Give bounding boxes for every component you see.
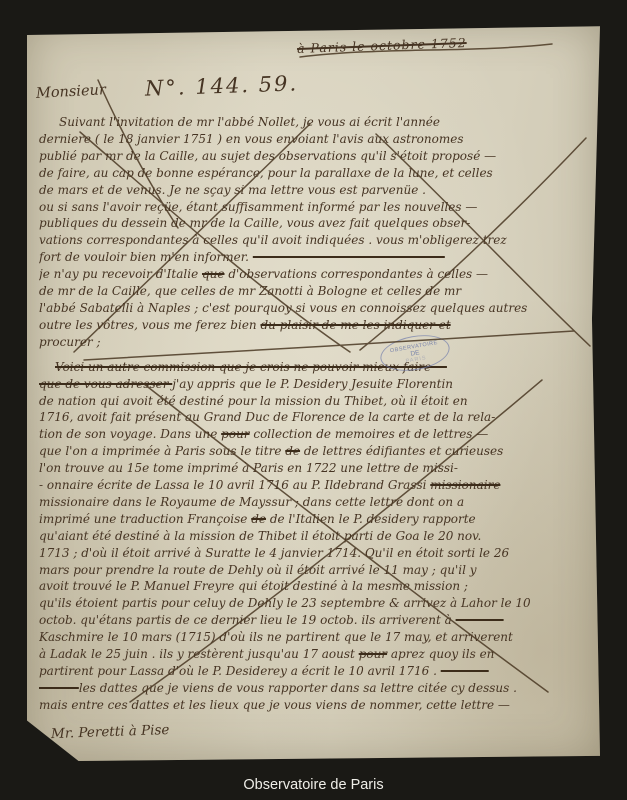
addressee-note: Mr. Peretti à Pise [51, 722, 170, 742]
line-text: vations correspondantes à celles qu'il a… [39, 233, 507, 247]
manuscript-line: qu'ils étoient partis pour celuy de Dehl… [39, 595, 590, 612]
manuscript-line: - onnaire écrite de Lassa le 10 avril 17… [39, 477, 590, 494]
struck-text: ——— [39, 681, 79, 695]
manuscript-line: mais entre ces dattes et les lieux que j… [39, 697, 590, 714]
manuscript-line: missionaire dans le Royaume de Mayssur ;… [39, 494, 590, 511]
line-text: - onnaire écrite de Lassa le 10 avril 17… [39, 478, 430, 492]
line-text: que l'on a imprimée à Paris sous le titr… [39, 444, 285, 458]
manuscript-line: Suivant l'invitation de mr l'abbé Nollet… [39, 114, 590, 131]
struck-text: ———— [441, 664, 489, 678]
line-text: Suivant l'invitation de mr l'abbé Nollet… [59, 115, 440, 129]
manuscript-line: 1716, avoit fait présent au Grand Duc de… [39, 409, 590, 426]
manuscript-line: mars pour prendre la route de Dehly où i… [39, 562, 590, 579]
line-text: Kaschmire le 10 mars (1715) d'où ils ne … [39, 630, 513, 644]
manuscript-line: de nation qui avoit été destiné pour la … [39, 393, 590, 410]
line-text: missionaire dans le Royaume de Mayssur ;… [39, 495, 464, 509]
manuscript-line: vations correspondantes à celles qu'il a… [39, 232, 590, 249]
struck-text: ———— [456, 613, 504, 627]
stamp-line-3: PARIS [405, 355, 427, 365]
line-text: l'abbé Sabatelli à Naples ; c'est pourqu… [39, 301, 527, 315]
manuscript-line: publié par mr de la Caille, au sujet des… [39, 148, 590, 165]
line-text: de mars et de venus. Je ne sçay si ma le… [39, 183, 426, 197]
line-text: publiques du dessein de mr de la Caille,… [39, 216, 470, 230]
manuscript-line: imprimé une traduction Françoise de de l… [39, 511, 590, 528]
line-text: je n'ay pu recevoir d'Italie [39, 267, 202, 281]
line-text: mars pour prendre la route de Dehly où i… [39, 563, 477, 577]
manuscript-line: de faire, au cap de bonne espérance, pou… [39, 165, 590, 182]
manuscript-line: octob. qu'étans partis de ce dernier lie… [39, 612, 590, 629]
line-text: de nation qui avoit été destiné pour la … [39, 394, 468, 408]
line-text: 1713 ; d'où il étoit arrivé à Suratte le… [39, 546, 509, 560]
manuscript-line: publiques du dessein de mr de la Caille,… [39, 215, 590, 232]
manuscript-line: tion de son voyage. Dans une pour collec… [39, 426, 590, 443]
line-text: de lettres édifiantes et curieuses [300, 444, 503, 458]
struck-text: du plaisir de me les indiquer et [260, 318, 450, 332]
manuscript-line: qu'aiant été destiné à la mission de Thi… [39, 528, 590, 545]
manuscript-line: je n'ay pu recevoir d'Italie que d'obser… [39, 266, 590, 283]
line-text: outre les vôtres, vous me ferez bien [39, 318, 260, 332]
manuscript-line: de mr de la Caille, que celles de mr Zan… [39, 283, 590, 300]
viewer-caption: Observatoire de Paris [243, 777, 383, 793]
line-text: l'on trouve au 15e tome imprimé à Paris … [39, 461, 458, 475]
struck-text: pour [359, 647, 387, 661]
dateline-struck: à Paris le octobre 1752 [297, 35, 467, 56]
manuscript-line: ou si sans l'avoir reçüe, étant suffisam… [39, 199, 590, 216]
manuscript-line: l'abbé Sabatelli à Naples ; c'est pourqu… [39, 300, 590, 317]
line-text: tion de son voyage. Dans une [39, 427, 221, 441]
line-text: de faire, au cap de bonne espérance, pou… [39, 166, 493, 180]
salutation: Monsieur [36, 82, 107, 102]
archive-number: N°. 144. 59. [145, 71, 299, 100]
struck-text: de [251, 512, 266, 526]
line-text: ou si sans l'avoir reçüe, étant suffisam… [39, 200, 477, 214]
viewer-stage: à Paris le octobre 1752 Monsieur N°. 144… [0, 0, 627, 800]
manuscript-line: avoit trouvé le P. Manuel Freyre qui éto… [39, 578, 590, 595]
line-text: procurer ; [39, 335, 101, 349]
line-text: aprez quoy ils en [387, 647, 494, 661]
line-text: j'ay appris que le P. Desidery Jesuite F… [172, 377, 453, 391]
manuscript-line: à Ladak le 25 juin . ils y restèrent jus… [39, 646, 590, 663]
line-text: partirent pour Lassa d'où le P. Desidere… [39, 664, 441, 678]
line-text: d'observations correspondantes à celles … [225, 267, 489, 281]
manuscript-line: derniere ( le 18 janvier 1751 ) en vous … [39, 131, 590, 148]
line-text: collection de memoires et de lettres — [250, 427, 489, 441]
manuscript-line: Voici un autre commission que je crois n… [39, 359, 590, 376]
manuscript-line: outre les vôtres, vous me ferez bien du … [39, 317, 590, 334]
manuscript-line: procurer ; [39, 334, 590, 351]
line-text: 1716, avoit fait présent au Grand Duc de… [39, 410, 495, 424]
struck-text: que de vous adresser [39, 377, 172, 391]
struck-text: pour [221, 427, 249, 441]
line-text: de mr de la Caille, que celles de mr Zan… [39, 284, 461, 298]
line-text: qu'aiant été destiné à la mission de Thi… [39, 529, 481, 543]
line-text: à Ladak le 25 juin . ils y restèrent jus… [39, 647, 359, 661]
manuscript-page: à Paris le octobre 1752 Monsieur N°. 144… [27, 24, 600, 761]
manuscript-line: ——— les dattes que je viens de vous rapp… [39, 680, 590, 697]
line-text: avoit trouvé le P. Manuel Freyre qui éto… [39, 579, 468, 593]
struck-text: que [202, 267, 225, 281]
line-text: les dattes que je viens de vous rapporte… [79, 681, 517, 695]
manuscript-line: que de vous adresser j'ay appris que le … [39, 376, 590, 393]
struck-text: missionaire [430, 478, 500, 492]
struck-text: ———————————————— [253, 250, 445, 264]
struck-text: de [285, 444, 300, 458]
line-text: publié par mr de la Caille, au sujet des… [39, 149, 496, 163]
line-text: de l'Italien le P. desidery rapporte [266, 512, 476, 526]
manuscript-line: l'on trouve au 15e tome imprimé à Paris … [39, 460, 590, 477]
line-text: imprimé une traduction Françoise [39, 512, 251, 526]
manuscript-line: 1713 ; d'où il étoit arrivé à Suratte le… [39, 545, 590, 562]
letter-body: Suivant l'invitation de mr l'abbé Nollet… [39, 114, 590, 714]
line-text: fort de vouloir bien m'en informer. [39, 250, 253, 264]
manuscript-line: fort de vouloir bien m'en informer. ————… [39, 249, 590, 266]
line-text: octob. qu'étans partis de ce dernier lie… [39, 613, 456, 627]
manuscript-line: de mars et de venus. Je ne sçay si ma le… [39, 182, 590, 199]
manuscript-line: Kaschmire le 10 mars (1715) d'où ils ne … [39, 629, 590, 646]
line-text: derniere ( le 18 janvier 1751 ) en vous … [39, 132, 463, 146]
manuscript-line: partirent pour Lassa d'où le P. Desidere… [39, 663, 590, 680]
line-text: mais entre ces dattes et les lieux que j… [39, 698, 510, 712]
manuscript-line: que l'on a imprimée à Paris sous le titr… [39, 443, 590, 460]
line-text: qu'ils étoient partis pour celuy de Dehl… [39, 596, 531, 610]
